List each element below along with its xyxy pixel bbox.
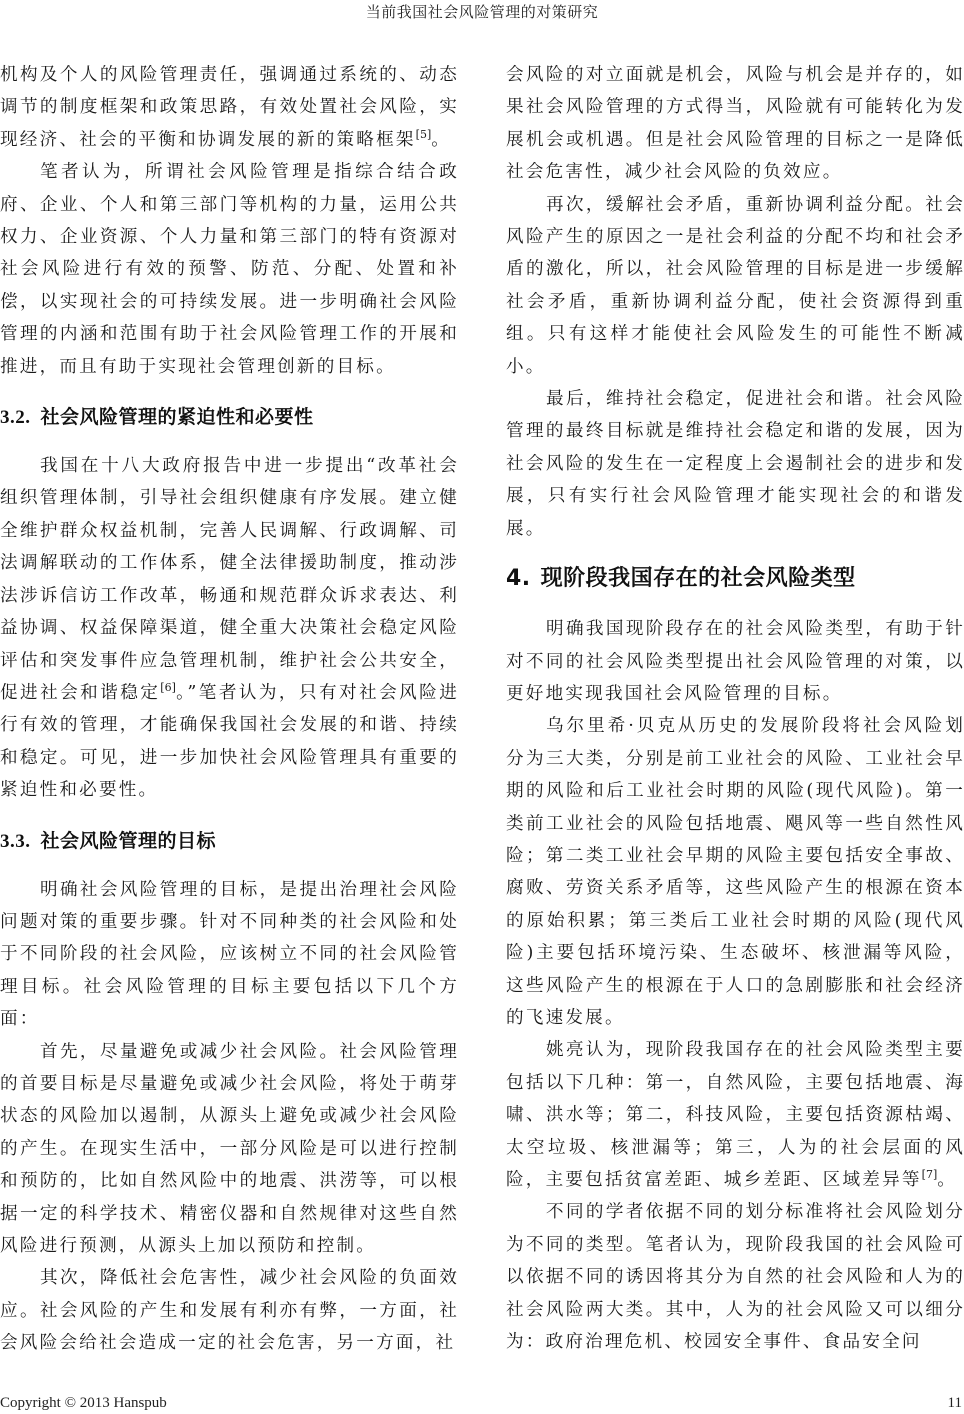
paragraph: 姚亮认为，现阶段我国存在的社会风险类型主要包括以下几种：第一，自然风险，主要包括… [506, 1034, 964, 1196]
section-title: 社会风险管理的目标 [41, 830, 217, 852]
copyright-notice: Copyright © 2013 Hanspub [0, 1393, 167, 1413]
section-number: 3.3. [0, 831, 31, 852]
running-header: 当前我国社会风险管理的对策研究 [0, 2, 964, 22]
paragraph: 明确社会风险管理的目标，是提出治理社会风险问题对策的重要步骤。针对不同种类的社会… [0, 874, 459, 1036]
paragraph: 再次，缓解社会矛盾，重新协调利益分配。社会风险产生的原因之一是社会利益的分配不均… [506, 189, 964, 383]
section-number: 4. [506, 566, 531, 591]
paragraph: 会风险的对立面就是机会，风险与机会是并存的，如果社会风险管理的方式得当，风险就有… [506, 59, 964, 189]
section-heading-3-3: 3.3.社会风险管理的目标 [0, 807, 459, 874]
page-footer: Copyright © 2013 Hanspub 11 [0, 1393, 964, 1413]
section-title: 现阶段我国存在的社会风险类型 [541, 566, 856, 591]
paragraph: 乌尔里希·贝克从历史的发展阶段将社会风险划分为三大类，分别是前工业社会的风险、工… [506, 710, 964, 1034]
section-title: 社会风险管理的紧迫性和必要性 [41, 406, 314, 428]
left-column: 机构及个人的风险管理责任，强调通过系统的、动态调节的制度框架和政策思路，有效处置… [0, 59, 459, 1360]
paragraph: 最后，维持社会稳定，促进社会和谐。社会风险管理的最终目标就是维持社会稳定和谐的发… [506, 383, 964, 545]
paragraph: 明确我国现阶段存在的社会风险类型，有助于针对不同的社会风险类型提出社会风险管理的… [506, 613, 964, 710]
paragraph: 首先，尽量避免或减少社会风险。社会风险管理的首要目标是尽量避免或减少社会风险，将… [0, 1036, 459, 1263]
section-number: 3.2. [0, 407, 31, 428]
right-column: 会风险的对立面就是机会，风险与机会是并存的，如果社会风险管理的方式得当，风险就有… [506, 59, 964, 1358]
paragraph: 不同的学者依据不同的划分标准将社会风险划分为不同的类型。笔者认为，现阶段我国的社… [506, 1196, 964, 1358]
paragraph: 笔者认为，所谓社会风险管理是指综合结合政府、企业、个人和第三部门等机构的力量，运… [0, 156, 459, 383]
paragraph: 机构及个人的风险管理责任，强调通过系统的、动态调节的制度框架和政策思路，有效处置… [0, 59, 459, 156]
page-number: 11 [948, 1393, 962, 1413]
citation-ref[interactable]: [5] [416, 128, 432, 141]
citation-ref[interactable]: [6] [160, 681, 176, 694]
paragraph: 我国在十八大政府报告中进一步提出“改革社会组织管理体制，引导社会组织健康有序发展… [0, 450, 459, 806]
section-heading-3-2: 3.2.社会风险管理的紧迫性和必要性 [0, 383, 459, 450]
citation-ref[interactable]: [7] [922, 1168, 938, 1181]
section-heading-4: 4.现阶段我国存在的社会风险类型 [506, 545, 964, 613]
paragraph: 其次，降低社会危害性，减少社会风险的负面效应。社会风险的产生和发展有利亦有弊，一… [0, 1262, 459, 1359]
